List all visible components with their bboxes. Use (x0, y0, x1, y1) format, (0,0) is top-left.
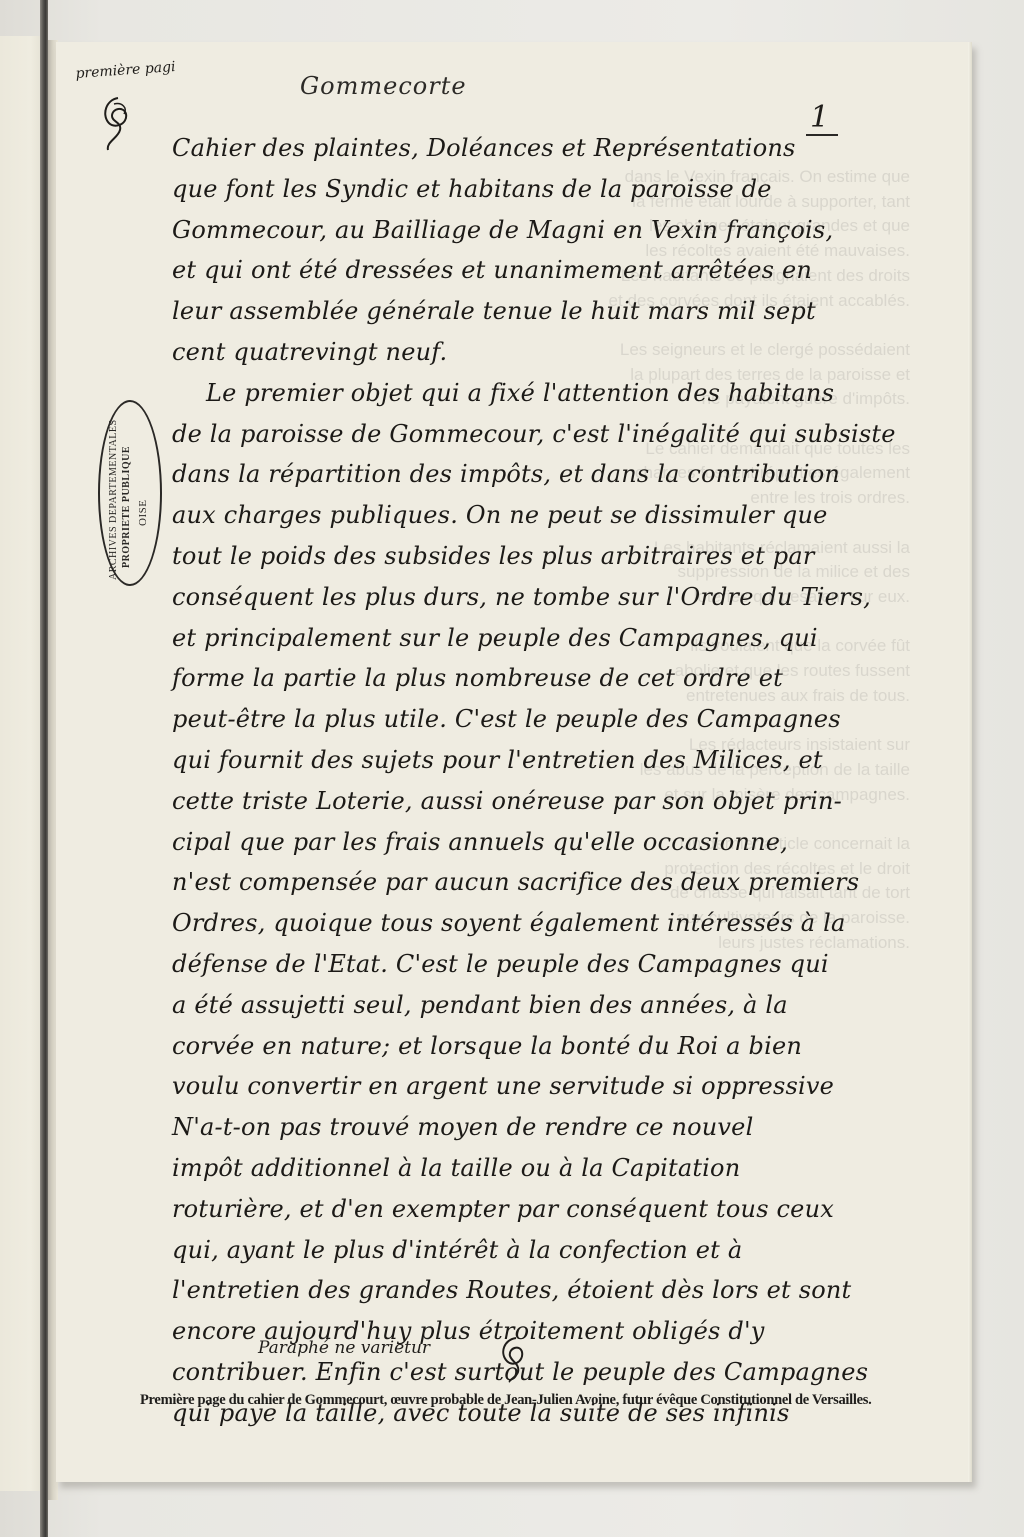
manuscript-line: et qui ont été dressées et unanimement a… (172, 250, 932, 291)
manuscript-line: qui fournit des sujets pour l'entretien … (172, 740, 932, 781)
manuscript-line: Le premier objet qui a fixé l'attention … (172, 373, 932, 414)
manuscript-line: cipal que par les frais annuels qu'elle … (172, 822, 932, 863)
manuscript-line: cent quatrevingt neuf. (172, 332, 932, 373)
manuscript-line: dans la répartition des impôts, et dans … (172, 454, 932, 495)
manuscript-line: roturière, et d'en exempter par conséque… (172, 1189, 932, 1230)
manuscript-line: que font les Syndic et habitans de la pa… (172, 169, 932, 210)
manuscript-line: forme la partie la plus nombreuse de cet… (172, 658, 932, 699)
previous-page-edge (0, 36, 44, 1491)
book-scan: dans le Vexin français. On estime que la… (0, 0, 1024, 1537)
manuscript-line: aux charges publiques. On ne peut se dis… (172, 495, 932, 536)
manuscript-line: Gommecour, au Bailliage de Magni en Vexi… (172, 210, 932, 251)
paraphe-note: Paraphé ne varietur (258, 1338, 430, 1358)
manuscript-line: peut-être la plus utile. C'est le peuple… (172, 699, 932, 740)
manuscript-line: Cahier des plaintes, Doléances et Représ… (172, 128, 932, 169)
manuscript-line: qui, ayant le plus d'intérêt à la confec… (172, 1230, 932, 1271)
manuscript-line: de la paroisse de Gommecour, c'est l'iné… (172, 414, 932, 455)
manuscript-line: impôt additionnel à la taille ou à la Ca… (172, 1148, 932, 1189)
manuscript-line: n'est compensée par aucun sacrifice des … (172, 862, 932, 903)
manuscript-body: Cahier des plaintes, Doléances et Représ… (172, 128, 932, 1434)
manuscript-line: l'entretien des grandes Routes, étoient … (172, 1270, 932, 1311)
paraph-flourish-icon (98, 92, 138, 154)
manuscript-line: cette triste Loterie, aussi onéreuse par… (172, 781, 932, 822)
stamp-text-archives: ARCHIVES DEPARTEMENTALES (108, 419, 119, 580)
manuscript-line: contribuer. Enfin c'est surtout le peupl… (172, 1352, 932, 1393)
manuscript-line: N'a-t-on pas trouvé moyen de rendre ce n… (172, 1107, 932, 1148)
paraph-signature-icon (494, 1334, 534, 1384)
stamp-text-propriete: PROPRIETE PUBLIQUE (121, 446, 132, 568)
manuscript-line: voulu convertir en argent une servitude … (172, 1066, 932, 1107)
manuscript-line: Ordres, quoique tous soyent également in… (172, 903, 932, 944)
manuscript-line: corvée en nature; et lorsque la bonté du… (172, 1026, 932, 1067)
stamp-text-oise: OISE (137, 500, 149, 526)
manuscript-line: défense de l'Etat. C'est le peuple des C… (172, 944, 932, 985)
figure-caption: Première page du cahier de Gommecourt, œ… (140, 1390, 900, 1410)
manuscript-line: a été assujetti seul, pendant bien des a… (172, 985, 932, 1026)
book-spine (40, 0, 48, 1537)
manuscript-line: tout le poids des subsides les plus arbi… (172, 536, 932, 577)
parish-name-header: Gommecorte (300, 72, 467, 100)
manuscript-line: et principalement sur le peuple des Camp… (172, 618, 932, 659)
manuscript-line: leur assemblée générale tenue le huit ma… (172, 291, 932, 332)
manuscript-line: conséquent les plus durs, ne tombe sur l… (172, 577, 932, 618)
